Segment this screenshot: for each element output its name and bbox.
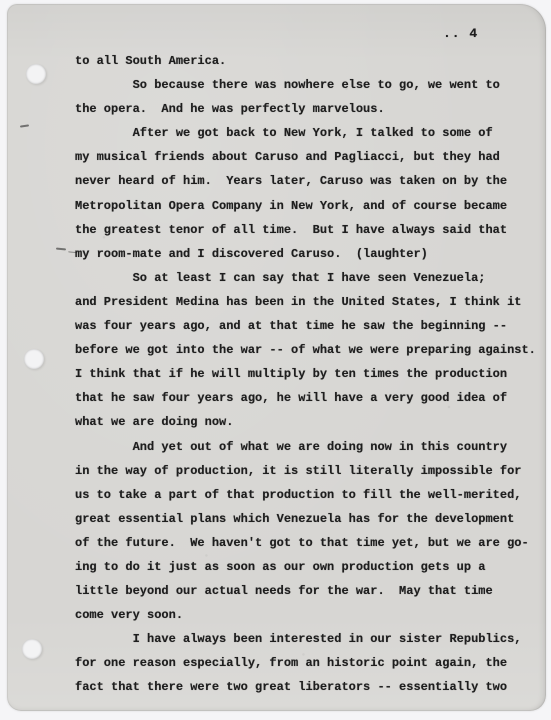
- typewritten-line: that he saw four years ago, he will have…: [75, 386, 545, 410]
- typewritten-line: come very soon.: [75, 603, 545, 627]
- punch-hole-middle: [24, 349, 44, 369]
- typewritten-line: of the future. We haven't got to that ti…: [75, 531, 545, 555]
- typewritten-line: to all South America.: [75, 49, 545, 73]
- typewritten-line: And yet out of what we are doing now in …: [75, 435, 545, 459]
- typewritten-line: us to take a part of that production to …: [75, 483, 545, 507]
- scan-artifact: [20, 124, 29, 127]
- typewritten-line: great essential plans which Venezuela ha…: [75, 507, 545, 531]
- page-number: .. 4: [443, 26, 478, 41]
- punch-hole-bottom: [22, 639, 42, 659]
- typewritten-line: So because there was nowhere else to go,…: [75, 73, 545, 97]
- typewritten-line: After we got back to New York, I talked …: [75, 121, 545, 145]
- typewritten-line: for one reason especially, from an histo…: [75, 651, 545, 675]
- typewritten-line: So at least I can say that I have seen V…: [75, 266, 545, 290]
- typewritten-line: Metropolitan Opera Company in New York, …: [75, 194, 545, 218]
- typewritten-line: never heard of him. Years later, Caruso …: [75, 169, 545, 193]
- typewritten-line: the opera. And he was perfectly marvelou…: [75, 97, 545, 121]
- typewritten-line: was four years ago, and at that time he …: [75, 314, 545, 338]
- scan-artifact: [56, 247, 66, 250]
- typewritten-line: what we are doing now.: [75, 410, 545, 434]
- typewritten-line: little beyond our actual needs for the w…: [75, 579, 545, 603]
- typewritten-line: I have always been interested in our sis…: [75, 627, 545, 651]
- typewritten-line: and President Medina has been in the Uni…: [75, 290, 545, 314]
- typewritten-line: the greatest tenor of all time. But I ha…: [75, 218, 545, 242]
- typewritten-line: before we got into the war -- of what we…: [75, 338, 545, 362]
- typewritten-line: I think that if he will multiply by ten …: [75, 362, 545, 386]
- typewritten-line: in the way of production, it is still li…: [75, 459, 545, 483]
- typewritten-text-block: to all South America. So because there w…: [75, 49, 545, 700]
- typewritten-line: my room-mate and I discovered Caruso. (l…: [75, 242, 545, 266]
- typewritten-line: my musical friends about Caruso and Pagl…: [75, 145, 545, 169]
- paper-sheet: .. 4 to all South America. So because th…: [7, 4, 546, 711]
- scanned-document-page: .. 4 to all South America. So because th…: [0, 0, 551, 720]
- typewritten-line: ing to do it just as soon as our own pro…: [75, 555, 545, 579]
- punch-hole-top: [26, 64, 46, 84]
- typewritten-line: fact that there were two great liberator…: [75, 675, 545, 699]
